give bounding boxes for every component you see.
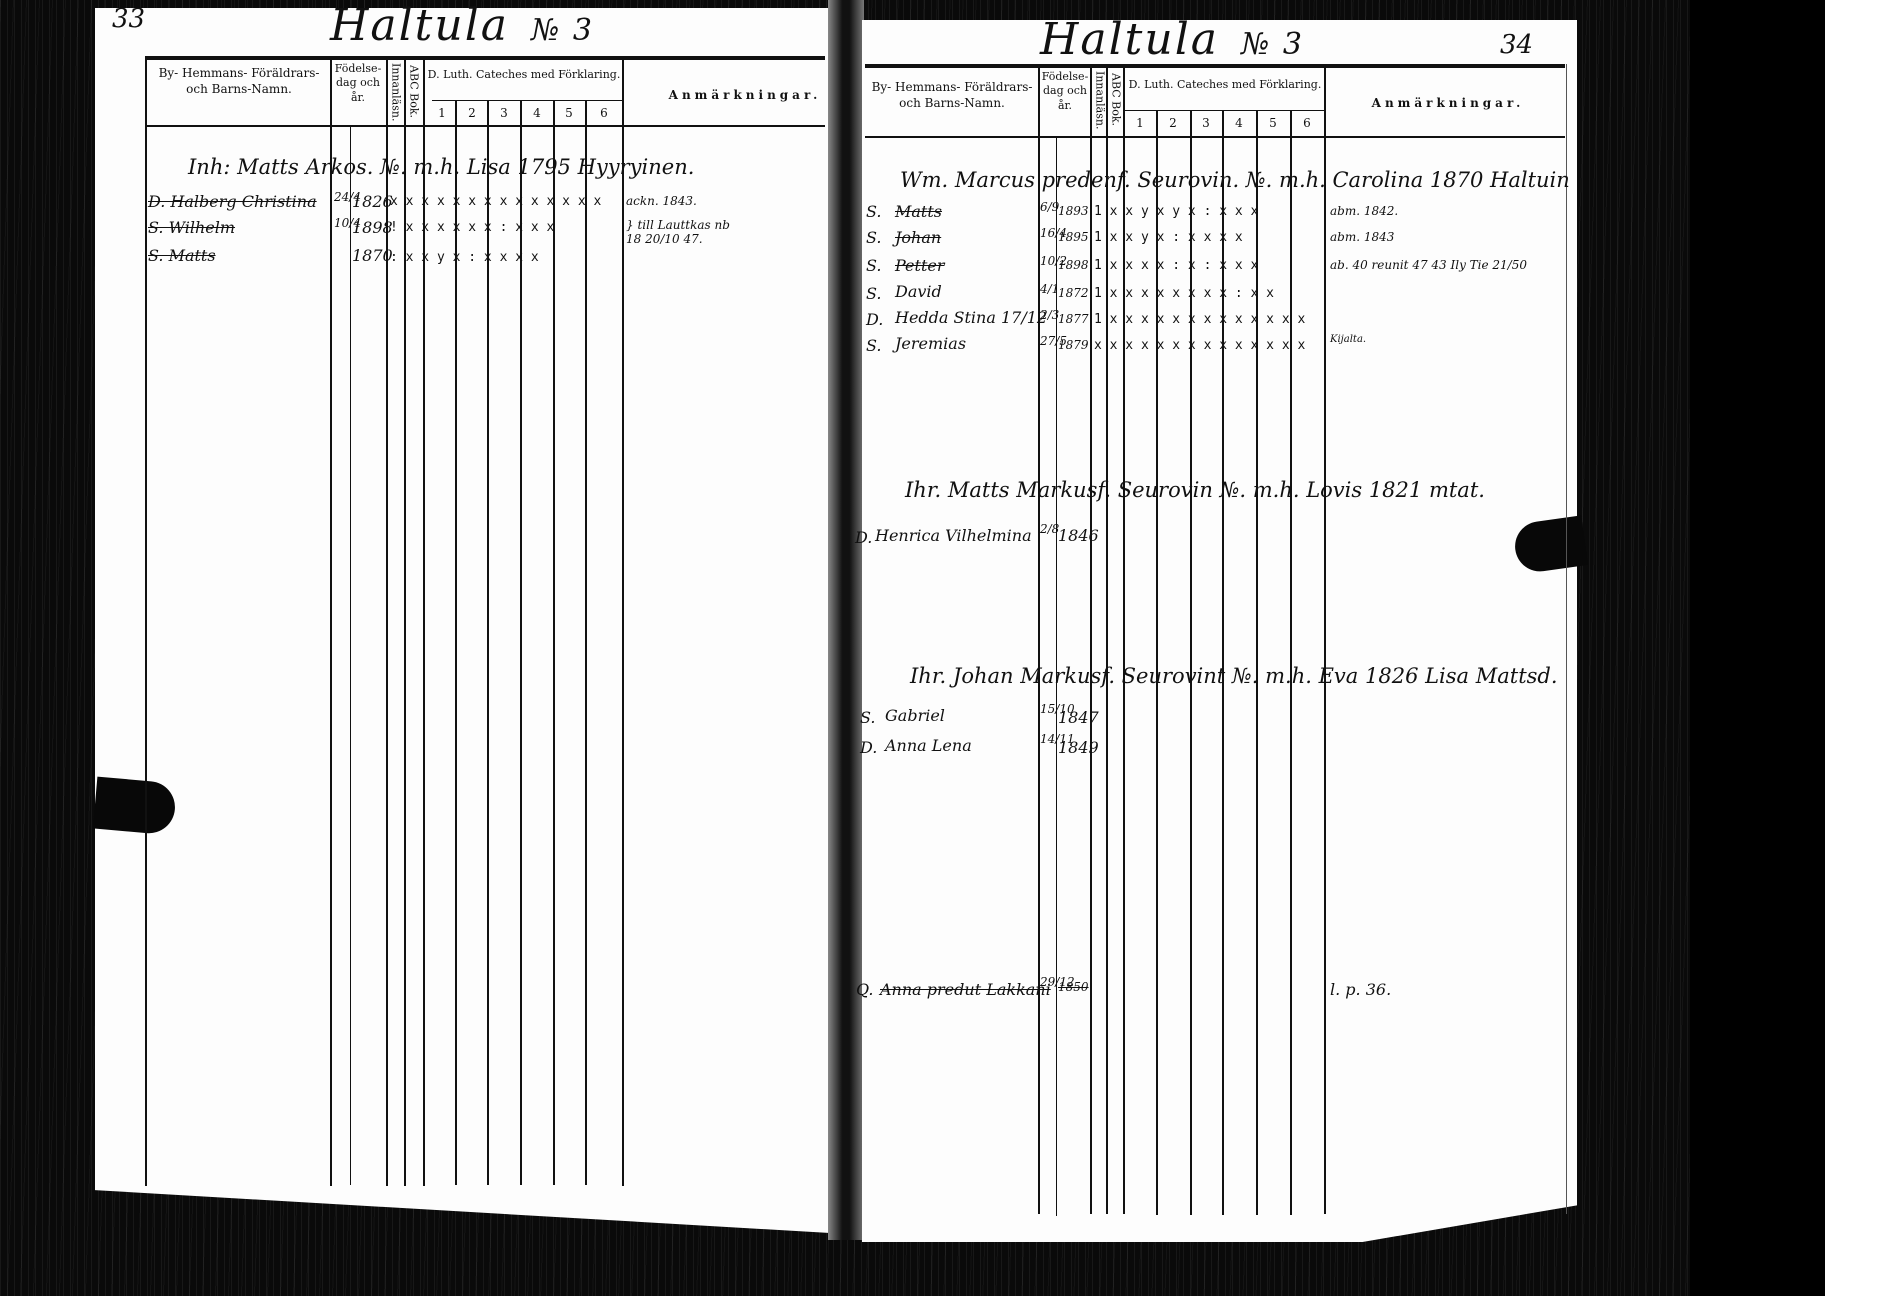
right-cat-col-2: 2 [1163, 116, 1183, 132]
right-cat-col-6: 6 [1297, 116, 1317, 132]
household-head: Ihr. Matts Markusf. Seurovin №. m.h. Lov… [905, 478, 1485, 502]
child-marks: 1 x x x x x x x x x x x x x [1094, 312, 1305, 327]
child-marks: 1 x x y x : x x x x [1094, 230, 1243, 245]
right-header-reading: Innanläsn. [1092, 68, 1106, 132]
left-header-reading: Innanläsn. [388, 62, 402, 122]
child-name: Johan [895, 228, 941, 247]
left-header-names: By- Hemmans- Föräldrars- och Barns-Namn. [150, 66, 328, 97]
child-name: David [895, 282, 942, 301]
binding-clip-left [93, 777, 177, 836]
left-title-number: № 3 [531, 13, 594, 48]
child-marks: 1 x x y x y x : x x x [1094, 204, 1258, 219]
child-year: 1877 [1058, 312, 1089, 326]
right-header-bottom-rule [865, 136, 1565, 138]
left-entry-year: 1898 [352, 218, 393, 237]
left-col-line [585, 100, 587, 1185]
right-table-border [1566, 64, 1567, 1214]
child-name: Hedda Stina 17/12 [895, 308, 1047, 327]
household-head: Wm. Marcus predenf. Seurovin. №. m.h. Ca… [900, 168, 1570, 192]
right-header-remarks: Anmärkningar. [1330, 96, 1566, 112]
left-col-line [622, 56, 624, 1186]
right-title-text: Haltula [1040, 14, 1219, 65]
left-cat-col-3: 3 [494, 106, 514, 122]
right-col-line [1090, 64, 1092, 1214]
child-prefix: S. [866, 202, 881, 221]
left-entry-name: D. Halberg Christina [148, 192, 317, 211]
left-col-line [553, 100, 555, 1185]
child-year: 1850 [1058, 980, 1089, 994]
right-col-line [1324, 64, 1326, 1214]
child-name: Anna Lena [885, 736, 972, 755]
right-col-line [1222, 110, 1224, 1215]
left-entry-name: S. Wilhelm [148, 218, 235, 237]
left-table-top-rule [145, 56, 825, 60]
left-header-bottom-rule [145, 125, 825, 127]
left-cat-col-1: 1 [432, 106, 452, 122]
child-name: Anna predut Lakkani [880, 980, 1051, 999]
child-year: 1879 [1058, 338, 1089, 352]
right-page-title: Haltula№ 3 [1040, 14, 1304, 65]
right-page-number: 34 [1500, 30, 1533, 60]
right-cat-col-1: 1 [1130, 116, 1150, 132]
right-header-abc: ABC Bok. [1108, 68, 1122, 132]
left-header-birth: Födelse- dag och år. [332, 62, 384, 105]
child-prefix: S. [866, 256, 881, 275]
right-header-names: By- Hemmans- Föräldrars- och Barns-Namn. [868, 80, 1036, 111]
scan-dark-edge [1690, 0, 1825, 1296]
child-prefix: Q. [856, 980, 873, 999]
left-entry-year: 1826 [352, 192, 393, 211]
child-remark: abm. 1842. [1330, 204, 1398, 218]
left-entry-marks: x x x x x x x x x x x x x x [390, 194, 601, 209]
right-table-top-rule [865, 64, 1565, 68]
child-year: 1872 [1058, 286, 1089, 300]
right-col-line [1190, 110, 1192, 1215]
left-entry-remark: ackn. 1843. [626, 194, 697, 208]
book-gutter [828, 0, 864, 1240]
child-marks: 1 x x x x x x x x : x x [1094, 286, 1274, 301]
left-entry-marks: ! x x x x x x : x x x [390, 220, 554, 235]
left-header-catechism: D. Luth. Cateches med Förklaring. [425, 68, 623, 82]
left-cat-col-2: 2 [462, 106, 482, 122]
right-col-line [1290, 110, 1292, 1215]
left-entry-marks: : x x y x : x x x x [390, 250, 539, 265]
right-cat-col-5: 5 [1263, 116, 1283, 132]
left-table-border [145, 56, 147, 1186]
right-col-line [1256, 110, 1258, 1215]
child-marks: 1 x x x x : x : x x x [1094, 258, 1258, 273]
left-header-abc: ABC Bok. [406, 62, 420, 122]
child-prefix: D. [866, 310, 883, 329]
child-remark: abm. 1843 [1330, 230, 1394, 244]
child-prefix: S. [860, 708, 875, 727]
child-prefix: D. [860, 738, 877, 757]
left-entry-name: S. Matts [148, 246, 216, 265]
left-title-text: Haltula [330, 0, 509, 51]
left-page-number: 33 [112, 4, 145, 34]
child-date: 2/8 [1040, 522, 1059, 536]
right-cat-col-4: 4 [1229, 116, 1249, 132]
child-name: Petter [895, 256, 945, 275]
right-title-number: № 3 [1241, 27, 1304, 62]
child-remark: ab. 40 reunit 47 43 Ily Tie 21/50 [1330, 258, 1527, 272]
right-catechism-subrule [1125, 110, 1325, 111]
child-year: 1847 [1058, 708, 1099, 727]
child-prefix: S. [866, 228, 881, 247]
child-year: 1893 [1058, 204, 1089, 218]
child-name: Gabriel [885, 706, 945, 725]
child-year: 1898 [1058, 258, 1089, 272]
left-household-head: Inh: Matts Arkos. №. m.h. Lisa 1795 Hyyr… [188, 155, 694, 179]
child-date: 4/1 [1040, 282, 1059, 296]
child-year: 1849 [1058, 738, 1099, 757]
child-year: 1895 [1058, 230, 1089, 244]
child-date: 2/3 [1040, 308, 1059, 322]
child-name: Matts [895, 202, 942, 221]
left-cat-col-6: 6 [594, 106, 614, 122]
right-header-birth: Födelse- dag och år. [1040, 70, 1090, 113]
left-header-remarks: Anmärkningar. [660, 88, 830, 104]
left-catechism-subrule [432, 100, 622, 101]
child-remark: l. p. 36. [1330, 980, 1391, 999]
child-remark: Kijalta. [1330, 334, 1366, 345]
left-cat-col-5: 5 [559, 106, 579, 122]
right-col-line [1156, 110, 1158, 1215]
child-marks: x x x x x x x x x x x x x x [1094, 338, 1305, 353]
child-date: 6/9 [1040, 200, 1059, 214]
right-cat-col-3: 3 [1196, 116, 1216, 132]
child-name: Henrica Vilhelmina [875, 526, 1032, 545]
child-prefix: S. [866, 336, 881, 355]
child-prefix: D. [855, 528, 872, 547]
child-prefix: S. [866, 284, 881, 303]
child-name: Jeremias [895, 334, 966, 353]
left-page-title: Haltula№ 3 [330, 0, 594, 51]
household-head: Ihr. Johan Markusf. Seurovint №. m.h. Ev… [910, 664, 1558, 688]
left-col-line [330, 56, 332, 1186]
child-year: 1846 [1058, 526, 1099, 545]
left-cat-col-4: 4 [527, 106, 547, 122]
left-entry-year: 1870 [352, 246, 393, 265]
left-entry-remark: } till Lauttkas nb 18 20/10 47. [626, 218, 746, 246]
left-col-line [350, 125, 351, 1185]
right-header-catechism: D. Luth. Cateches med Förklaring. [1125, 78, 1325, 92]
